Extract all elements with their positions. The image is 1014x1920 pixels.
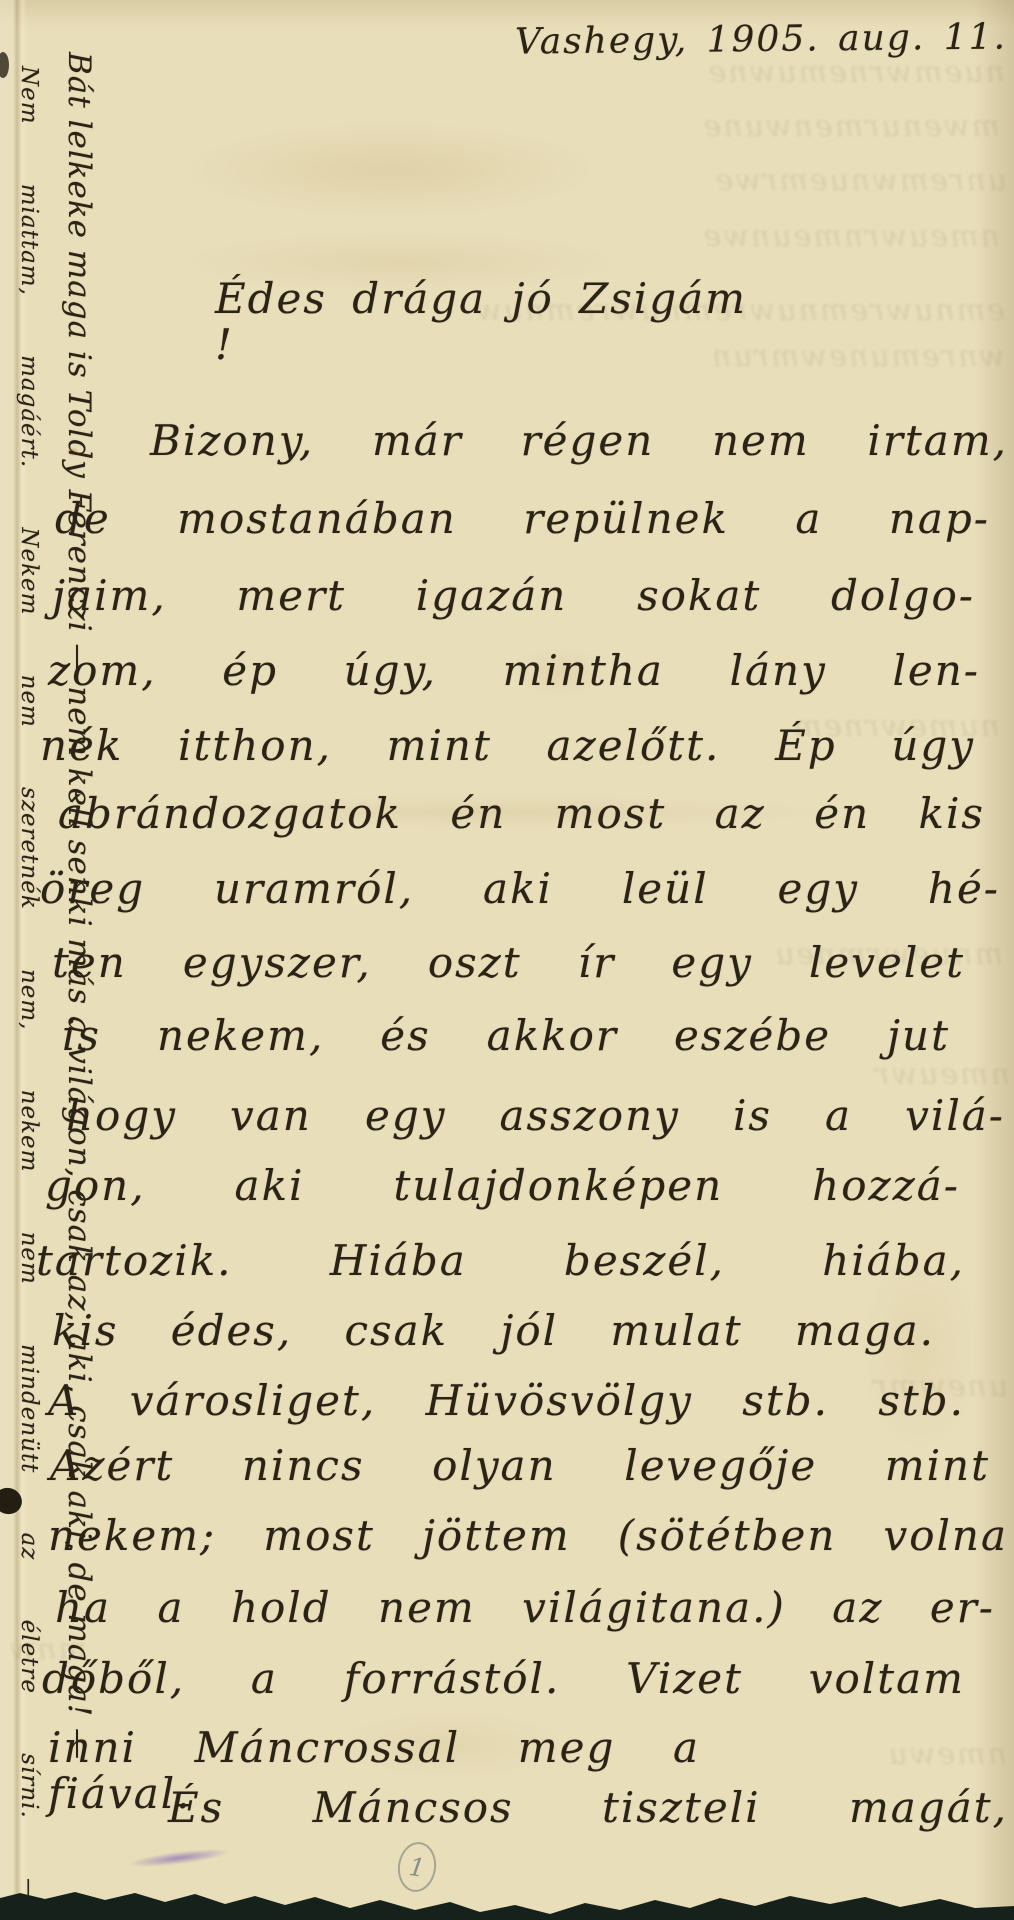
bleedthrough-mark: nmeuwrnmeunwe: [598, 222, 1000, 252]
body-line: jaim, mert igazán sokat dolgo-: [52, 573, 975, 619]
body-line: tartozik. Hiába beszél, hiába,: [36, 1238, 965, 1284]
salutation: Édes drága jó Zsigám !: [215, 276, 747, 368]
body-line: zom, ép úgy, mintha lány len-: [48, 648, 980, 694]
body-line: kis édes, csak jól mulat maga.: [52, 1308, 935, 1354]
body-line: A városliget, Hüvösvölgy stb. stb.: [48, 1378, 965, 1424]
dateline: Vashegy, 1905. aug. 11.: [515, 17, 1007, 62]
page-number-pencil: 1: [395, 1840, 440, 1895]
violet-pencil-mark: [130, 1846, 229, 1870]
body-line: És Máncsos tiszteli magát,: [168, 1785, 1008, 1831]
body-line: nekem; most jöttem (sötétben volna: [48, 1513, 1008, 1559]
bleedthrough-mark: unremwnuemrwe: [612, 166, 1007, 196]
body-line: Bizony, már régen nem irtam,: [150, 418, 1008, 464]
paper-edge-nick: [0, 52, 9, 78]
page-number-value: 1: [407, 1852, 427, 1883]
body-line: nék itthon, mint azelőtt. Ép úgy: [40, 723, 975, 769]
bleedthrough-mark: nuemwrnemuwne: [620, 58, 1005, 88]
body-line: dőből, a forrástól. Vizet voltam: [42, 1656, 965, 1702]
body-line: hogy van egy asszony is a vilá-: [66, 1093, 1005, 1139]
body-line: ten egyszer, oszt ír egy levelet: [52, 940, 965, 986]
body-line: ha a hold nem világitana.) az er-: [55, 1585, 995, 1631]
body-line: gon, aki tulajdonképen hozzá-: [45, 1163, 960, 1209]
body-line: ábrándozgatok én most az én kis: [58, 791, 985, 837]
body-line: is nekem, és akkor eszébe jut: [62, 1013, 950, 1059]
body-line: öreg uramról, aki leül egy hé-: [40, 866, 1000, 912]
body-line: de mostanában repülnek a nap-: [55, 496, 990, 542]
bleedthrough-mark: nmeuwr: [845, 1060, 1010, 1090]
bleedthrough-mark: nmewu: [872, 1740, 1007, 1770]
paper-sheet: nuemwrnemuwnemwenurmenwuneunremwnuemrwen…: [0, 0, 1014, 1920]
margin-note-outer: Nem miattam, magáért. Nekem nem szeretné…: [16, 66, 42, 1902]
body-line: Azért nincs olyan levegője mint: [50, 1443, 990, 1489]
letter-page: nuemwrnemuwnemwenurmenwuneunremwnuemrwen…: [0, 0, 1014, 1920]
bleedthrough-mark: mwenurmenwune: [600, 112, 1000, 142]
margin-note-inner: Bát lelkeke maga is Toldy Ferenczi — nem…: [60, 52, 96, 1662]
